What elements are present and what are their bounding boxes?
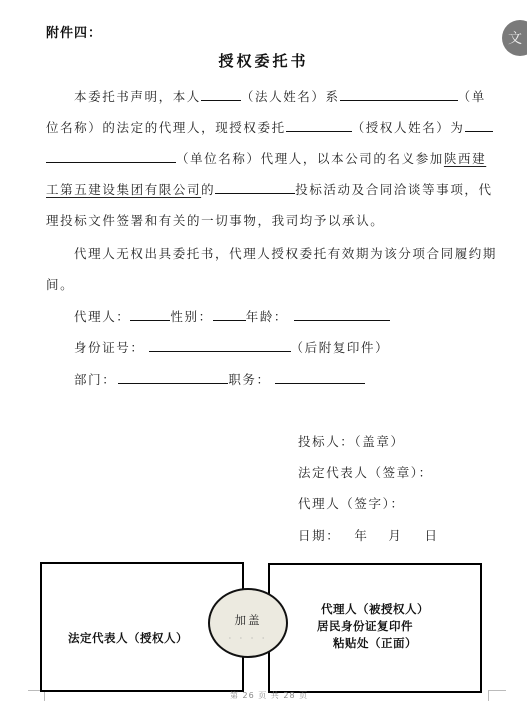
id-number-field[interactable] [149,339,291,352]
agent-info-row: 代理人：性别：年龄： [74,307,390,325]
legal-rep-sign-label: 法定代表人（签章）： [298,463,433,481]
department-field[interactable] [118,371,228,384]
agent-id-box: 代理人（被授权人） 居民身份证复印件 粘贴处（正面） [268,563,482,693]
margin-mark-left-h [28,690,40,691]
agent-name-field[interactable] [130,308,170,321]
id-number-row: 身份证号：（后附复印件） [74,338,389,356]
agent-box-label-2: 居民身份证复印件 [260,618,470,635]
age-field[interactable] [294,308,390,321]
bidder-seal-label: 投标人：（盖章） [298,432,405,450]
authorized-person-blank[interactable] [286,119,352,132]
legal-person-name-blank[interactable] [201,88,241,101]
seal-stamp-area: 加盖 · · · · [208,588,288,658]
agent-box-label-3: 粘贴处（正面） [270,635,480,652]
document-title: 授权委托书 [0,50,527,71]
gender-field[interactable] [213,308,246,321]
company-name-blank[interactable] [340,88,458,101]
agent-company-blank[interactable] [46,150,176,163]
legal-rep-box-label: 法定代表人（授权人） [68,630,188,647]
page-footer: 第 26 页 共 28 页 [230,690,308,701]
paragraph2-line1: 代理人无权出具委托书，代理人授权委托有效期为该分项合同履约期 [74,244,497,262]
paragraph2-line2: 间。 [46,275,74,293]
attachment-label: 附件四： [46,22,102,41]
margin-mark-right-v [488,690,489,701]
position-field[interactable] [275,371,365,384]
translate-icon: 文 [508,28,522,48]
paragraph1-line3: （单位名称）代理人，以本公司的名义参加陕西建 [46,149,486,167]
agent-box-label-1: 代理人（被授权人） [270,601,480,618]
seal-text: 加盖 [210,612,286,628]
margin-mark-left-v [44,692,45,701]
paragraph1-line5: 理投标文件签署和有关的一切事物，我司均予以承认。 [46,211,384,229]
margin-mark-right-h [488,690,506,691]
seal-dots: · · · · [210,634,286,643]
paragraph1-line2: 位名称）的法定的代理人，现授权委托（授权人姓名）为 [46,118,493,136]
agent-company-blank-start[interactable] [465,119,493,132]
agent-sign-label: 代理人（签字）： [298,494,405,512]
department-row: 部门：职务： [74,370,365,388]
paragraph1-line1: 本委托书声明，本人（法人姓名）系（单 [74,87,486,105]
paragraph1-line4: 工第五建设集团有限公司的投标活动及合同洽谈等事项，代 [46,180,493,198]
date-row: 日期：年月日 [298,526,439,544]
project-name-blank[interactable] [215,181,295,194]
